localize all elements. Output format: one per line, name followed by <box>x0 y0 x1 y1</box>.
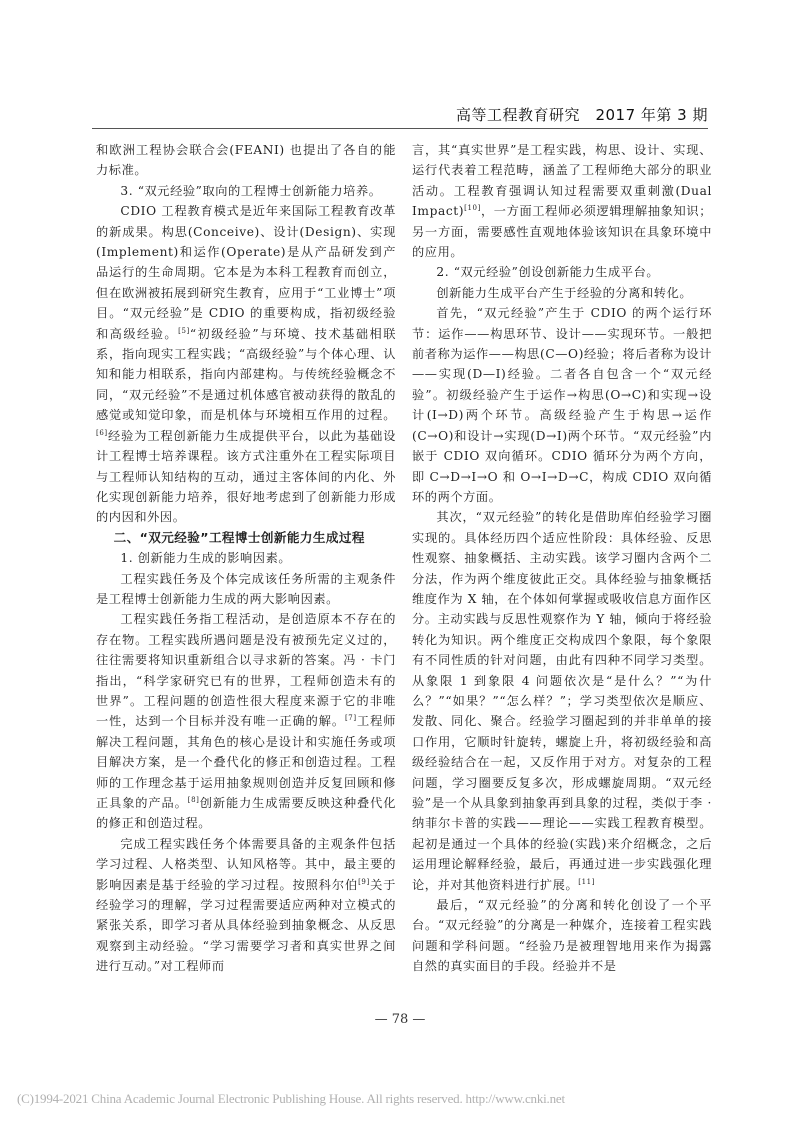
paragraph: 和欧洲工程协会联合会(FEANI) 也提出了各自的能力标准。 <box>96 140 396 181</box>
paragraph: 创新能力生成平台产生于经验的分离和转化。 <box>412 283 712 303</box>
running-header: 高等工程教育研究 2017 年第 3 期 <box>92 104 708 129</box>
copyright-notice: (C)1994-2021 China Academic Journal Elec… <box>17 1091 565 1107</box>
citation-ref: [11] <box>578 878 595 886</box>
paragraph: 其次，“双元经验”的转化是借助库伯经验学习圈实现的。具体经历四个适应性阶段：具体… <box>412 507 712 895</box>
citation-ref: [9] <box>358 878 370 886</box>
citation-ref: [7] <box>345 714 357 722</box>
page-number: — 78 — <box>0 1012 800 1027</box>
paragraph: 工程实践任务及个体完成该任务所需的主观条件是工程博士创新能力生成的两大影响因素。 <box>96 569 396 610</box>
paragraph: 3. “双元经验”取向的工程博士创新能力培养。 <box>96 181 396 201</box>
citation-ref: [10] <box>464 204 481 212</box>
paragraph: 工程实践任务指工程活动，是创造原本不存在的存在物。工程实践所遇问题是没有被预先定… <box>96 609 396 833</box>
citation-ref: [5] <box>178 327 190 335</box>
citation-ref: [6] <box>96 429 108 437</box>
journal-issue-title: 高等工程教育研究 2017 年第 3 期 <box>456 104 708 125</box>
paragraph: 1. 创新能力生成的影响因素。 <box>96 548 396 568</box>
paragraph: 首先，“双元经验”产生于 CDIO 的两个运行环节：运作——构思环节、设计——实… <box>412 303 712 507</box>
paragraph: 完成工程实践任务个体需要具备的主观条件包括学习过程、人格类型、认知风格等。其中，… <box>96 834 396 977</box>
right-column: 言，其“真实世界”是工程实践，构思、设计、实现、运行代表着工程范畴，涵盖了工程师… <box>412 140 712 977</box>
left-column: 和欧洲工程协会联合会(FEANI) 也提出了各自的能力标准。3. “双元经验”取… <box>96 140 396 977</box>
paragraph: 2. “双元经验”创设创新能力生成平台。 <box>412 262 712 282</box>
paragraph: CDIO 工程教育模式是近年来国际工程教育改革的新成果。构思(Conceive)… <box>96 201 396 528</box>
section-heading: 二、“双元经验”工程博士创新能力生成过程 <box>96 528 396 548</box>
paragraph: 言，其“真实世界”是工程实践，构思、设计、实现、运行代表着工程范畴，涵盖了工程师… <box>412 140 712 262</box>
citation-ref: [8] <box>188 796 200 804</box>
paragraph: 最后，“双元经验”的分离和转化创设了一个平台。“双元经验”的分离是一种媒介，连接… <box>412 895 712 977</box>
